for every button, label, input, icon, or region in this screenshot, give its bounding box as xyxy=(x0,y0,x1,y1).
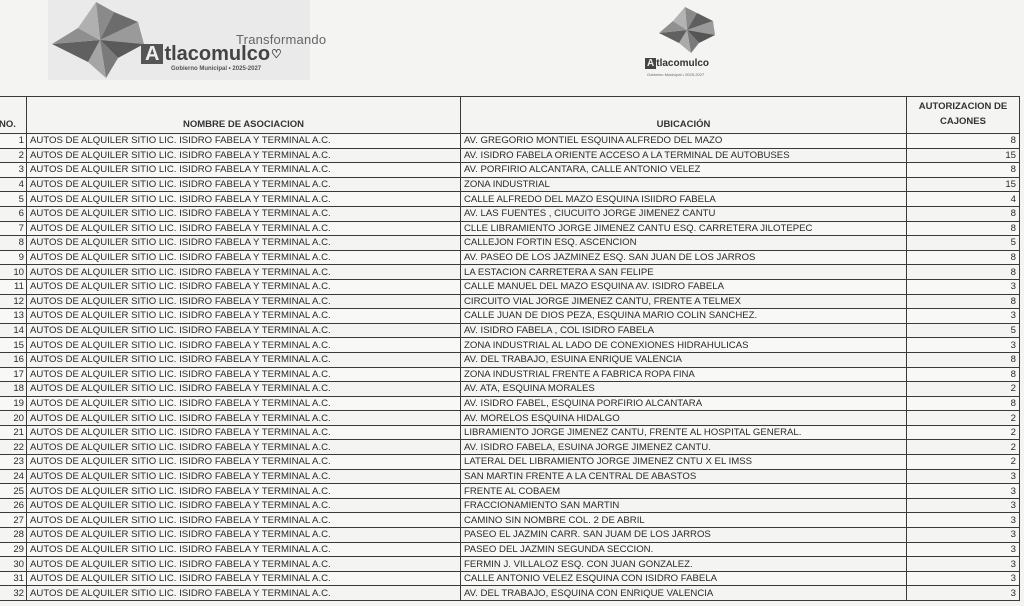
table-row: 22AUTOS DE ALQUILER SITIO LIC. ISIDRO FA… xyxy=(0,440,1020,455)
authorized-spaces: 2 xyxy=(907,411,1020,426)
association-name: AUTOS DE ALQUILER SITIO LIC. ISIDRO FABE… xyxy=(27,323,461,338)
table-row: 15AUTOS DE ALQUILER SITIO LIC. ISIDRO FA… xyxy=(0,338,1020,353)
logo-small-name: A tlacomulco xyxy=(645,58,709,69)
row-number: 6 xyxy=(0,206,27,221)
row-number: 17 xyxy=(0,367,27,382)
location: CALLE JUAN DE DIOS PEZA, ESQUINA MARIO C… xyxy=(461,309,907,324)
location: AV. ISIDRO FABEL, ESQUINA PORFIRIO ALCAN… xyxy=(461,396,907,411)
logo-small-subtitle: Gobierno Municipal • 2025-2027 xyxy=(647,72,704,77)
association-name: AUTOS DE ALQUILER SITIO LIC. ISIDRO FABE… xyxy=(27,352,461,367)
table-row: 5AUTOS DE ALQUILER SITIO LIC. ISIDRO FAB… xyxy=(0,192,1020,207)
table-row: 1AUTOS DE ALQUILER SITIO LIC. ISIDRO FAB… xyxy=(0,134,1020,149)
row-number: 18 xyxy=(0,382,27,397)
row-number: 3 xyxy=(0,163,27,178)
association-name: AUTOS DE ALQUILER SITIO LIC. ISIDRO FABE… xyxy=(27,484,461,499)
location: CALLE ALFREDO DEL MAZO ESQUINA ISIIDRO F… xyxy=(461,192,907,207)
table-row: 2AUTOS DE ALQUILER SITIO LIC. ISIDRO FAB… xyxy=(0,148,1020,163)
municipal-logo-small: A tlacomulco Gobierno Municipal • 2025-2… xyxy=(643,5,733,75)
association-name: AUTOS DE ALQUILER SITIO LIC. ISIDRO FABE… xyxy=(27,236,461,251)
row-number: 5 xyxy=(0,192,27,207)
location: ZONA INDUSTRIAL xyxy=(461,177,907,192)
association-name: AUTOS DE ALQUILER SITIO LIC. ISIDRO FABE… xyxy=(27,338,461,353)
authorized-spaces: 4 xyxy=(907,192,1020,207)
row-number: 20 xyxy=(0,411,27,426)
association-name: AUTOS DE ALQUILER SITIO LIC. ISIDRO FABE… xyxy=(27,469,461,484)
table-row: 13AUTOS DE ALQUILER SITIO LIC. ISIDRO FA… xyxy=(0,309,1020,324)
location: FRENTE AL COBAEM xyxy=(461,484,907,499)
row-number: 28 xyxy=(0,528,27,543)
table-row: 30AUTOS DE ALQUILER SITIO LIC. ISIDRO FA… xyxy=(0,557,1020,572)
location: AV. LAS FUENTES , CIUCUITO JORGE JIMENEZ… xyxy=(461,206,907,221)
authorized-spaces: 2 xyxy=(907,455,1020,470)
authorized-spaces: 3 xyxy=(907,279,1020,294)
location: AV. PASEO DE LOS JAZMINEZ ESQ. SAN JUAN … xyxy=(461,250,907,265)
authorized-spaces: 2 xyxy=(907,425,1020,440)
row-number: 13 xyxy=(0,309,27,324)
table-row: 28AUTOS DE ALQUILER SITIO LIC. ISIDRO FA… xyxy=(0,528,1020,543)
column-header-ubicacion: UBICACIÓN xyxy=(461,97,907,134)
table-row: 18AUTOS DE ALQUILER SITIO LIC. ISIDRO FA… xyxy=(0,382,1020,397)
row-number: 1 xyxy=(0,134,27,149)
association-name: AUTOS DE ALQUILER SITIO LIC. ISIDRO FABE… xyxy=(27,557,461,572)
authorized-spaces: 3 xyxy=(907,513,1020,528)
row-number: 26 xyxy=(0,498,27,513)
row-number: 8 xyxy=(0,236,27,251)
table-row: 25AUTOS DE ALQUILER SITIO LIC. ISIDRO FA… xyxy=(0,484,1020,499)
row-number: 30 xyxy=(0,557,27,572)
location: AV. DEL TRABAJO, ESUINA ENRIQUE VALENCIA xyxy=(461,352,907,367)
association-name: AUTOS DE ALQUILER SITIO LIC. ISIDRO FABE… xyxy=(27,382,461,397)
row-number: 21 xyxy=(0,425,27,440)
authorized-spaces: 8 xyxy=(907,163,1020,178)
association-name: AUTOS DE ALQUILER SITIO LIC. ISIDRO FABE… xyxy=(27,455,461,470)
location: PASEO EL JAZMIN CARR. SAN JUAM DE LOS JA… xyxy=(461,528,907,543)
location: ZONA INDUSTRIAL FRENTE A FABRICA ROPA FI… xyxy=(461,367,907,382)
authorized-spaces: 3 xyxy=(907,557,1020,572)
parking-authorization-table: NO. NOMBRE DE ASOCIACION UBICACIÓN AUTOR… xyxy=(0,96,1020,601)
heart-icon: ♡ xyxy=(271,47,282,61)
association-name: AUTOS DE ALQUILER SITIO LIC. ISIDRO FABE… xyxy=(27,279,461,294)
authorized-spaces: 8 xyxy=(907,367,1020,382)
table-row: 26AUTOS DE ALQUILER SITIO LIC. ISIDRO FA… xyxy=(0,498,1020,513)
authorized-spaces: 3 xyxy=(907,484,1020,499)
table-row: 10AUTOS DE ALQUILER SITIO LIC. ISIDRO FA… xyxy=(0,265,1020,280)
location: AV. ISIDRO FABELA , COL ISIDRO FABELA xyxy=(461,323,907,338)
logo-subtitle: Gobierno Municipal • 2025-2027 xyxy=(171,66,261,72)
table-row: 29AUTOS DE ALQUILER SITIO LIC. ISIDRO FA… xyxy=(0,542,1020,557)
table-row: 32AUTOS DE ALQUILER SITIO LIC. ISIDRO FA… xyxy=(0,586,1020,601)
location: LA ESTACION CARRETERA A SAN FELIPE xyxy=(461,265,907,280)
authorized-spaces: 8 xyxy=(907,134,1020,149)
association-name: AUTOS DE ALQUILER SITIO LIC. ISIDRO FABE… xyxy=(27,528,461,543)
row-number: 14 xyxy=(0,323,27,338)
association-name: AUTOS DE ALQUILER SITIO LIC. ISIDRO FABE… xyxy=(27,513,461,528)
table-row: 19AUTOS DE ALQUILER SITIO LIC. ISIDRO FA… xyxy=(0,396,1020,411)
row-number: 32 xyxy=(0,586,27,601)
authorized-spaces: 5 xyxy=(907,323,1020,338)
authorized-spaces: 15 xyxy=(907,177,1020,192)
association-name: AUTOS DE ALQUILER SITIO LIC. ISIDRO FABE… xyxy=(27,265,461,280)
table-row: 12AUTOS DE ALQUILER SITIO LIC. ISIDRO FA… xyxy=(0,294,1020,309)
table-header-row: NO. NOMBRE DE ASOCIACION UBICACIÓN AUTOR… xyxy=(0,97,1020,134)
column-header-nombre: NOMBRE DE ASOCIACION xyxy=(27,97,461,134)
association-name: AUTOS DE ALQUILER SITIO LIC. ISIDRO FABE… xyxy=(27,250,461,265)
location: CALLE MANUEL DEL MAZO ESQUINA AV. ISIDRO… xyxy=(461,279,907,294)
table-row: 8AUTOS DE ALQUILER SITIO LIC. ISIDRO FAB… xyxy=(0,236,1020,251)
authorized-spaces: 3 xyxy=(907,338,1020,353)
location: ZONA INDUSTRIAL AL LADO DE CONEXIONES HI… xyxy=(461,338,907,353)
location: FRACCIONAMIENTO SAN MARTIN xyxy=(461,498,907,513)
association-name: AUTOS DE ALQUILER SITIO LIC. ISIDRO FABE… xyxy=(27,163,461,178)
column-header-cajones: AUTORIZACION DE CAJONES xyxy=(907,97,1020,134)
authorized-spaces: 8 xyxy=(907,265,1020,280)
row-number: 10 xyxy=(0,265,27,280)
authorized-spaces: 8 xyxy=(907,206,1020,221)
authorized-spaces: 3 xyxy=(907,309,1020,324)
association-name: AUTOS DE ALQUILER SITIO LIC. ISIDRO FABE… xyxy=(27,206,461,221)
row-number: 24 xyxy=(0,469,27,484)
association-name: AUTOS DE ALQUILER SITIO LIC. ISIDRO FABE… xyxy=(27,498,461,513)
location: CIRCUITO VIAL JORGE JIMENEZ CANTU, FRENT… xyxy=(461,294,907,309)
authorized-spaces: 8 xyxy=(907,221,1020,236)
authorized-spaces: 3 xyxy=(907,528,1020,543)
location: LATERAL DEL LIBRAMIENTO JORGE JIMENEZ CN… xyxy=(461,455,907,470)
row-number: 16 xyxy=(0,352,27,367)
association-name: AUTOS DE ALQUILER SITIO LIC. ISIDRO FABE… xyxy=(27,294,461,309)
table-row: 7AUTOS DE ALQUILER SITIO LIC. ISIDRO FAB… xyxy=(0,221,1020,236)
table-row: 27AUTOS DE ALQUILER SITIO LIC. ISIDRO FA… xyxy=(0,513,1020,528)
location: AV. GREGORIO MONTIEL ESQUINA ALFREDO DEL… xyxy=(461,134,907,149)
authorized-spaces: 8 xyxy=(907,250,1020,265)
location: AV. MORELOS ESQUINA HIDALGO xyxy=(461,411,907,426)
table-row: 24AUTOS DE ALQUILER SITIO LIC. ISIDRO FA… xyxy=(0,469,1020,484)
table-row: 20AUTOS DE ALQUILER SITIO LIC. ISIDRO FA… xyxy=(0,411,1020,426)
table-row: 21AUTOS DE ALQUILER SITIO LIC. ISIDRO FA… xyxy=(0,425,1020,440)
row-number: 29 xyxy=(0,542,27,557)
association-name: AUTOS DE ALQUILER SITIO LIC. ISIDRO FABE… xyxy=(27,221,461,236)
association-name: AUTOS DE ALQUILER SITIO LIC. ISIDRO FABE… xyxy=(27,411,461,426)
location: CAMINO SIN NOMBRE COL. 2 DE ABRIL xyxy=(461,513,907,528)
location: PASEO DEL JAZMIN SEGUNDA SECCION. xyxy=(461,542,907,557)
row-number: 9 xyxy=(0,250,27,265)
authorized-spaces: 3 xyxy=(907,542,1020,557)
row-number: 23 xyxy=(0,455,27,470)
row-number: 12 xyxy=(0,294,27,309)
association-name: AUTOS DE ALQUILER SITIO LIC. ISIDRO FABE… xyxy=(27,309,461,324)
row-number: 2 xyxy=(0,148,27,163)
location: FERMIN J. VILLALOZ ESQ. CON JUAN GONZALE… xyxy=(461,557,907,572)
table-row: 17AUTOS DE ALQUILER SITIO LIC. ISIDRO FA… xyxy=(0,367,1020,382)
logo-name: A tlacomulco ♡ xyxy=(141,44,282,64)
row-number: 11 xyxy=(0,279,27,294)
association-name: AUTOS DE ALQUILER SITIO LIC. ISIDRO FABE… xyxy=(27,177,461,192)
association-name: AUTOS DE ALQUILER SITIO LIC. ISIDRO FABE… xyxy=(27,571,461,586)
association-name: AUTOS DE ALQUILER SITIO LIC. ISIDRO FABE… xyxy=(27,134,461,149)
location: CLLE LIBRAMIENTO JORGE JIMENEZ CANTU ESQ… xyxy=(461,221,907,236)
row-number: 25 xyxy=(0,484,27,499)
table-row: 16AUTOS DE ALQUILER SITIO LIC. ISIDRO FA… xyxy=(0,352,1020,367)
table-row: 6AUTOS DE ALQUILER SITIO LIC. ISIDRO FAB… xyxy=(0,206,1020,221)
row-number: 19 xyxy=(0,396,27,411)
location: AV. DEL TRABAJO, ESQUINA CON ENRIQUE VAL… xyxy=(461,586,907,601)
row-number: 4 xyxy=(0,177,27,192)
row-number: 31 xyxy=(0,571,27,586)
column-header-no: NO. xyxy=(0,97,27,134)
association-name: AUTOS DE ALQUILER SITIO LIC. ISIDRO FABE… xyxy=(27,192,461,207)
authorized-spaces: 3 xyxy=(907,586,1020,601)
location: AV. ISIDRO FABELA, ESUINA JORGE JIMENEZ … xyxy=(461,440,907,455)
location: LIBRAMIENTO JORGE JIMENEZ CANTU, FRENTE … xyxy=(461,425,907,440)
authorized-spaces: 3 xyxy=(907,469,1020,484)
table-row: 14AUTOS DE ALQUILER SITIO LIC. ISIDRO FA… xyxy=(0,323,1020,338)
authorized-spaces: 8 xyxy=(907,352,1020,367)
authorized-spaces: 8 xyxy=(907,294,1020,309)
authorized-spaces: 2 xyxy=(907,440,1020,455)
authorized-spaces: 15 xyxy=(907,148,1020,163)
location: CALLE ANTONIO VELEZ ESQUINA CON ISIDRO F… xyxy=(461,571,907,586)
table-row: 23AUTOS DE ALQUILER SITIO LIC. ISIDRO FA… xyxy=(0,455,1020,470)
location: AV. PORFIRIO ALCANTARA, CALLE ANTONIO VE… xyxy=(461,163,907,178)
location: CALLEJON FORTIN ESQ. ASCENCION xyxy=(461,236,907,251)
authorized-spaces: 2 xyxy=(907,382,1020,397)
table-body: 1AUTOS DE ALQUILER SITIO LIC. ISIDRO FAB… xyxy=(0,134,1020,601)
logo-name-cap: A xyxy=(141,44,163,64)
authorized-spaces: 3 xyxy=(907,571,1020,586)
logo-name-rest: tlacomulco xyxy=(164,43,270,66)
table-row: 4AUTOS DE ALQUILER SITIO LIC. ISIDRO FAB… xyxy=(0,177,1020,192)
authorized-spaces: 8 xyxy=(907,396,1020,411)
table-row: 31AUTOS DE ALQUILER SITIO LIC. ISIDRO FA… xyxy=(0,571,1020,586)
authorized-spaces: 5 xyxy=(907,236,1020,251)
association-name: AUTOS DE ALQUILER SITIO LIC. ISIDRO FABE… xyxy=(27,425,461,440)
pinwheel-logo-small-icon xyxy=(655,5,720,55)
association-name: AUTOS DE ALQUILER SITIO LIC. ISIDRO FABE… xyxy=(27,440,461,455)
location: AV. ATA, ESQUINA MORALES xyxy=(461,382,907,397)
location: AV. ISIDRO FABELA ORIENTE ACCESO A LA TE… xyxy=(461,148,907,163)
row-number: 27 xyxy=(0,513,27,528)
location: SAN MARTIN FRENTE A LA CENTRAL DE ABASTO… xyxy=(461,469,907,484)
row-number: 7 xyxy=(0,221,27,236)
association-name: AUTOS DE ALQUILER SITIO LIC. ISIDRO FABE… xyxy=(27,148,461,163)
association-name: AUTOS DE ALQUILER SITIO LIC. ISIDRO FABE… xyxy=(27,367,461,382)
association-name: AUTOS DE ALQUILER SITIO LIC. ISIDRO FABE… xyxy=(27,396,461,411)
row-number: 15 xyxy=(0,338,27,353)
table-row: 9AUTOS DE ALQUILER SITIO LIC. ISIDRO FAB… xyxy=(0,250,1020,265)
pinwheel-logo-icon xyxy=(48,0,153,80)
municipal-logo: Transformando A tlacomulco ♡ Gobierno Mu… xyxy=(48,0,310,80)
authorized-spaces: 3 xyxy=(907,498,1020,513)
association-name: AUTOS DE ALQUILER SITIO LIC. ISIDRO FABE… xyxy=(27,586,461,601)
row-number: 22 xyxy=(0,440,27,455)
table-row: 3AUTOS DE ALQUILER SITIO LIC. ISIDRO FAB… xyxy=(0,163,1020,178)
association-name: AUTOS DE ALQUILER SITIO LIC. ISIDRO FABE… xyxy=(27,542,461,557)
table-row: 11AUTOS DE ALQUILER SITIO LIC. ISIDRO FA… xyxy=(0,279,1020,294)
